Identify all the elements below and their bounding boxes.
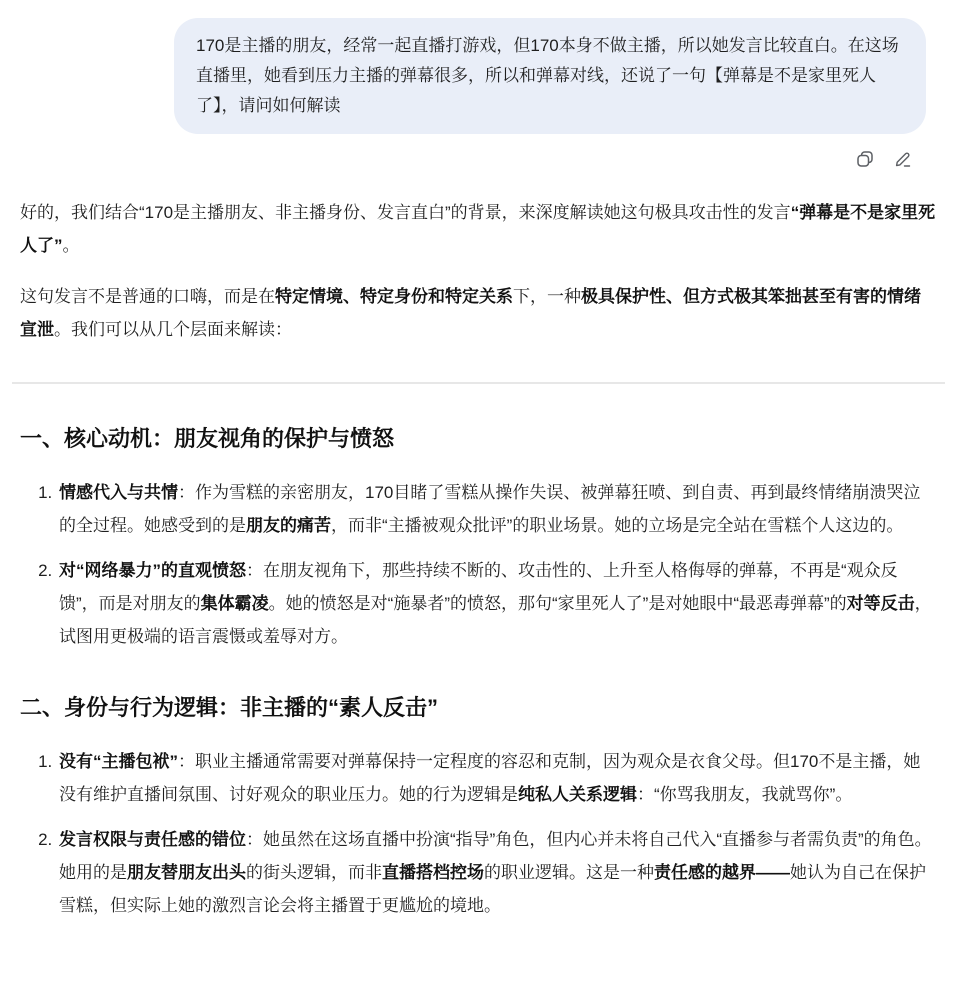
- user-message-bubble: 170是主播的朋友，经常一起直播打游戏，但170本身不做主播，所以她发言比较直白…: [174, 18, 926, 134]
- assistant-response: 好的，我们结合“170是主播朋友、非主播身份、发言直白”的背景，来深度解读她这句…: [20, 196, 937, 922]
- section2-heading: 二、身份与行为逻辑：非主播的“素人反击”: [20, 693, 937, 723]
- copy-button[interactable]: [854, 148, 876, 170]
- list-item: 情感代入与共情：作为雪糕的亲密朋友，170目睹了雪糕从操作失误、被弹幕狂喷、到自…: [57, 476, 937, 542]
- section1-heading: 一、核心动机：朋友视角的保护与愤怒: [20, 424, 937, 454]
- list-item: 发言权限与责任感的错位：她虽然在这场直播中扮演“指导”角色，但内心并未将自己代入…: [57, 823, 937, 922]
- copy-icon: [855, 149, 875, 169]
- section2-list: 没有“主播包袱”：职业主播通常需要对弹幕保持一定程度的容忍和克制，因为观众是衣食…: [20, 745, 937, 922]
- edit-button[interactable]: [892, 148, 914, 170]
- message-actions: [0, 134, 957, 170]
- user-message-text: 170是主播的朋友，经常一起直播打游戏，但170本身不做主播，所以她发言比较直白…: [196, 36, 899, 115]
- edit-icon: [893, 149, 913, 169]
- section1-list: 情感代入与共情：作为雪糕的亲密朋友，170目睹了雪糕从操作失误、被弹幕狂喷、到自…: [20, 476, 937, 653]
- section-divider: [12, 382, 945, 384]
- user-message-row: 170是主播的朋友，经常一起直播打游戏，但170本身不做主播，所以她发言比较直白…: [0, 0, 957, 134]
- response-context-paragraph: 这句发言不是普通的口嗨，而是在特定情境、特定身份和特定关系下，一种极具保护性、但…: [20, 280, 937, 346]
- response-intro-paragraph: 好的，我们结合“170是主播朋友、非主播身份、发言直白”的背景，来深度解读她这句…: [20, 196, 937, 262]
- list-item: 对“网络暴力”的直观愤怒：在朋友视角下，那些持续不断的、攻击性的、上升至人格侮辱…: [57, 554, 937, 653]
- chat-thread: 170是主播的朋友，经常一起直播打游戏，但170本身不做主播，所以她发言比较直白…: [0, 0, 957, 1008]
- list-item: 没有“主播包袱”：职业主播通常需要对弹幕保持一定程度的容忍和克制，因为观众是衣食…: [57, 745, 937, 811]
